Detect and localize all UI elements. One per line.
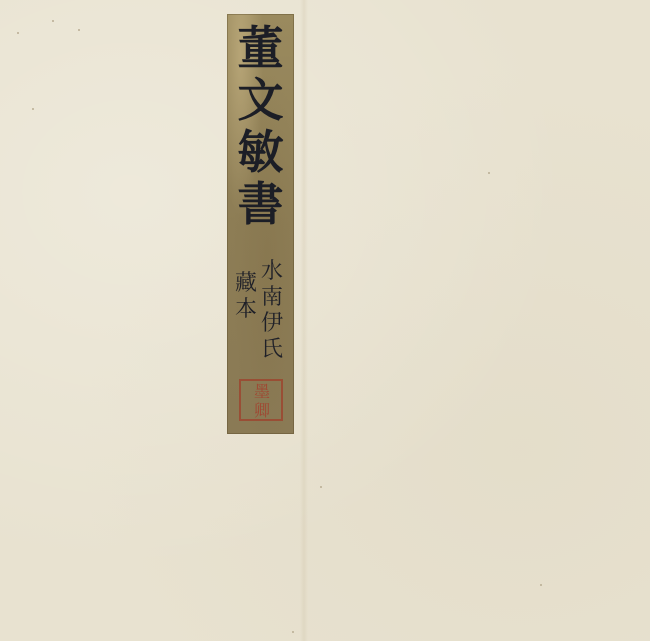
inscription-char: 南 [261,285,283,311]
paper-speck [17,32,19,34]
inscription-char: 伊 [261,311,283,337]
paper-scroll: 董 文 敏 書 水 南 伊 氏 藏 本 墨 卿 [0,0,650,641]
title-char: 文 [238,74,284,126]
paper-speck [540,584,542,586]
inscription-char: 本 [235,297,257,323]
paper-seam [300,0,308,641]
inscription-column-right: 水 南 伊 氏 [261,259,283,363]
inscription-char: 水 [261,259,283,285]
title-char: 書 [238,178,284,230]
paper-speck [52,20,54,22]
red-seal-stamp: 墨 卿 [239,379,283,421]
title-text: 董 文 敏 書 [227,22,294,230]
paper-speck [292,631,294,633]
collector-inscription: 水 南 伊 氏 藏 本 [235,259,291,389]
inscription-char: 氏 [261,337,283,363]
inscription-char: 藏 [235,271,257,297]
title-slip: 董 文 敏 書 水 南 伊 氏 藏 本 墨 卿 [227,14,294,434]
paper-speck [320,486,322,488]
inscription-column-left: 藏 本 [235,271,257,323]
seal-char: 墨 [253,383,270,399]
paper-speck [32,108,34,110]
seal-char: 卿 [253,402,270,418]
paper-speck [488,172,490,174]
title-char: 董 [238,22,284,74]
paper-speck [78,29,80,31]
title-char: 敏 [238,126,284,178]
